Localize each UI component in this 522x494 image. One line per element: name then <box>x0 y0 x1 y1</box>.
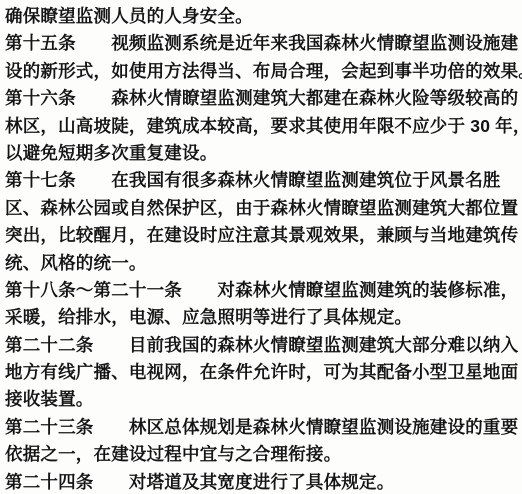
text-line: 接收装置。 <box>5 386 520 413</box>
text-line: 采暖，给排水，电源、应急照明等进行了具体规定。 <box>5 304 520 331</box>
text-line: 第二十二条 目前我国的森林火情瞭望监测建筑大部分难以纳入 <box>5 332 520 359</box>
text-line: 依据之一，在建设过程中宜与之合理衔接。 <box>5 441 520 468</box>
text-line: 设的新形式，如使用方法得当、布局合理，会起到事半功倍的效果。 <box>5 58 520 85</box>
text-line: 第二十三条 林区总体规划是森林火情瞭望监测设施建设的重要 <box>5 414 520 441</box>
text-line: 林区，山高坡陡，建筑成本较高，要求其使用年限不应少于 30 年， <box>5 113 520 140</box>
text-line: 以避免短期多次重复建设。 <box>5 140 520 167</box>
text-line: 第二十四条 对塔道及其宽度进行了具体规定。 <box>5 469 520 494</box>
text-line: 第十六条 森林火情瞭望监测建筑大都建在森林火险等级较高的 <box>5 85 520 112</box>
text-line: 第十五条 视频监测系统是近年来我国森林火情瞭望监测设施建 <box>5 30 520 57</box>
document-page: 确保瞭望监测人员的人身安全。 第十五条 视频监测系统是近年来我国森林火情瞭望监测… <box>0 0 522 494</box>
text-line: 第十八条～第二十一条 对森林火情瞭望监测建筑的装修标准， <box>5 277 520 304</box>
text-line: 突出，比较醒月，在建设时应注意其景观效果，兼顾与当地建筑传 <box>5 222 520 249</box>
text-line: 区、森林公园或自然保护区，由于森林火情瞭望监测建筑大都位置 <box>5 195 520 222</box>
text-line: 第十七条 在我国有很多森林火情瞭望监测建筑位于风景名胜 <box>5 167 520 194</box>
text-line: 地方有线广播、电视网，在条件允许时，可为其配备小型卫星地面 <box>5 359 520 386</box>
text-line: 统、风格的统一。 <box>5 250 520 277</box>
text-line: 确保瞭望监测人员的人身安全。 <box>5 3 520 30</box>
